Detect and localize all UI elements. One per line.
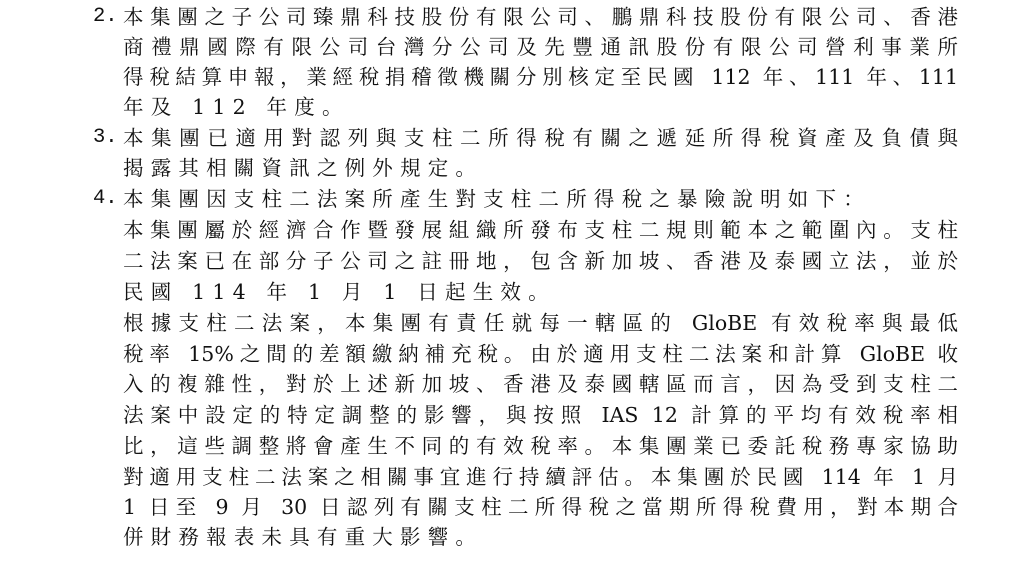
paragraph-line: 得稅結算申報，業經稅捐稽徵機關分別核定至民國 112 年、111 年、111 bbox=[123, 62, 958, 92]
item-number: 2. bbox=[93, 2, 123, 32]
paragraph-line: 法案中設定的特定調整的影響，與按照 IAS 12 計算的平均有效稅率相 bbox=[123, 400, 958, 430]
paragraph-line: 併財務報表未具有重大影響。 bbox=[123, 522, 958, 552]
paragraph-line: 對適用支柱二法案之相關事宜進行持續評估。本集團於民國 114 年 1 月 bbox=[123, 462, 958, 492]
paragraph-line: 年及 112 年度。 bbox=[123, 92, 958, 122]
paragraph-line: 民國 114 年 1 月 1 日起生效。 bbox=[123, 277, 958, 307]
paragraph-line: 1 日至 9 月 30 日認列有關支柱二所得稅之當期所得稅費用，對本期合 bbox=[123, 492, 958, 522]
item-number: 3. bbox=[93, 123, 123, 153]
paragraph-line: 本集團屬於經濟合作暨發展組織所發布支柱二規則範本之範圍內。支柱 bbox=[123, 215, 958, 245]
paragraph-line: 二法案已在部分子公司之註冊地，包含新加坡、香港及泰國立法，並於 bbox=[123, 246, 958, 276]
item-number: 4. bbox=[93, 184, 123, 214]
paragraph-line: 本集團已適用對認列與支柱二所得稅有關之遞延所得稅資產及負債與 bbox=[123, 123, 958, 153]
paragraph-line: 本集團因支柱二法案所產生對支柱二所得稅之暴險說明如下： bbox=[123, 184, 958, 214]
paragraph-line: 根據支柱二法案，本集團有責任就每一轄區的 GloBE 有效稅率與最低 bbox=[123, 308, 958, 338]
paragraph-line: 商禮鼎國際有限公司台灣分公司及先豐通訊股份有限公司營利事業所 bbox=[123, 32, 958, 62]
paragraph-line: 入的複雜性，對於上述新加坡、香港及泰國轄區而言，因為受到支柱二 bbox=[123, 369, 958, 399]
paragraph-line: 揭露其相關資訊之例外規定。 bbox=[123, 153, 958, 183]
paragraph-line: 本集團之子公司臻鼎科技股份有限公司、鵬鼎科技股份有限公司、香港 bbox=[123, 2, 958, 32]
paragraph-line: 稅率 15%之間的差額繳納補充稅。由於適用支柱二法案和計算 GloBE 收 bbox=[123, 339, 958, 369]
document-page: 2. 本集團之子公司臻鼎科技股份有限公司、鵬鼎科技股份有限公司、香港 商禮鼎國際… bbox=[0, 0, 1024, 584]
paragraph-line: 比，這些調整將會產生不同的有效稅率。本集團業已委託稅務專家協助 bbox=[123, 431, 958, 461]
